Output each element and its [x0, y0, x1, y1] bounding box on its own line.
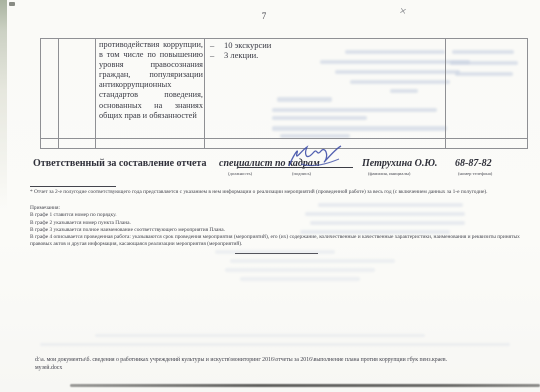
bleed-through-line: [390, 89, 418, 93]
result-item-text: 3 лекции.: [224, 50, 258, 60]
note-line: В графе 4 описывается проведенная работа…: [30, 234, 526, 249]
result-item: – 3 лекции.: [210, 50, 410, 60]
list-dash: –: [210, 40, 224, 50]
note-line: В графе 2 указывается номер пункта Плана…: [30, 220, 526, 227]
position-caption: (должность): [228, 171, 252, 176]
bleed-through-line: [95, 334, 425, 337]
bleed-through-line: [272, 108, 437, 112]
page-edge-shadow: [70, 384, 540, 387]
table-border-left: [40, 38, 41, 149]
table-cell-results: – 10 экскурсии – 3 лекции.: [210, 40, 410, 60]
notes-block: Примечания: В графе 1 ставится номер по …: [30, 205, 526, 249]
responsible-label: Ответственный за составление отчета: [33, 158, 206, 169]
table-border-right: [527, 38, 528, 149]
bleed-through-line: [277, 97, 332, 102]
table-column-line: [95, 38, 96, 149]
table-column-line: [58, 38, 59, 149]
table-column-line: [204, 38, 205, 149]
table-cell-activity-text: противодействия коррупции, в том числе п…: [99, 40, 203, 121]
bleed-through-line: [225, 268, 375, 272]
bleed-through-line: [230, 259, 395, 263]
result-item: – 10 экскурсии: [210, 40, 410, 50]
scan-corner-speck: [9, 2, 15, 6]
bleed-through-line: [272, 116, 367, 120]
bleed-through-line: [335, 70, 460, 74]
page-number: 7: [0, 11, 528, 21]
bleed-through-line: [240, 277, 360, 281]
stray-line: [235, 253, 318, 254]
phone-caption: (номер телефона): [458, 171, 492, 176]
name-value: Петрухина О.Ю.: [362, 158, 437, 169]
signature-caption: (подпись): [292, 171, 311, 176]
file-path-line: музей.docx: [35, 364, 515, 372]
file-path: d:\a. мои документы\б. сведения о работн…: [35, 356, 515, 372]
bleed-through-line: [450, 61, 518, 65]
handwritten-signature: [283, 144, 355, 170]
bleed-through-line: [350, 80, 450, 84]
note-line: В графе 1 ставится номер по порядку.: [30, 212, 526, 219]
file-path-line: d:\a. мои документы\б. сведения о работн…: [35, 356, 515, 364]
bleed-through-line: [455, 72, 513, 76]
phone-value: 68-87-82: [455, 158, 492, 169]
bleed-through-line: [272, 126, 447, 131]
table-column-line: [445, 38, 446, 149]
list-dash: –: [210, 50, 224, 60]
table-border-top: [40, 38, 528, 39]
bleed-through-line: [320, 60, 470, 64]
scan-edge-strip: [0, 0, 7, 260]
bleed-through-line: [452, 50, 514, 54]
footnote-text: * Отчет за 2-е полугодие соответствующег…: [30, 189, 488, 196]
footnote-rule: [30, 186, 116, 187]
name-caption: (фамилия, инициалы): [368, 171, 410, 176]
result-item-text: 10 экскурсии: [224, 40, 271, 50]
bleed-through-line: [40, 343, 510, 346]
scanned-document-page: × 7 противодействия коррупции, в том чис…: [0, 0, 540, 392]
table-row-divider: [40, 138, 528, 139]
